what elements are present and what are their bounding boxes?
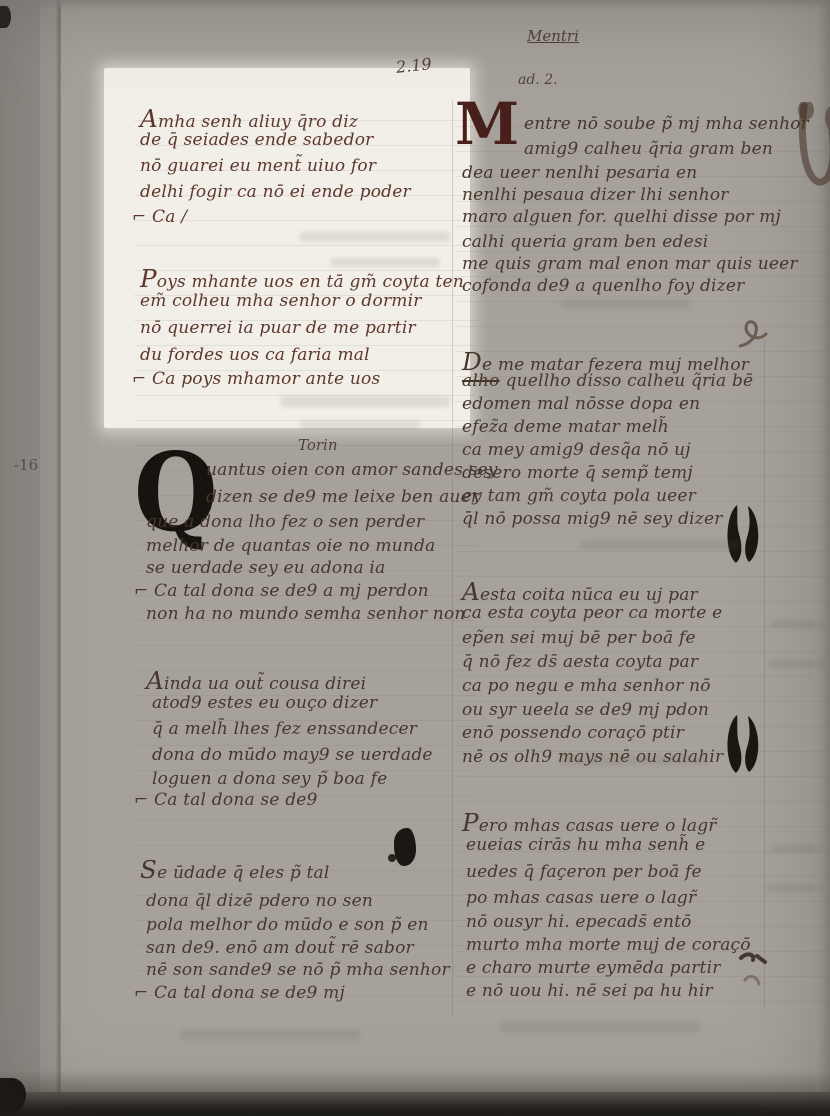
show-through-smudge [560, 756, 710, 765]
verse-line: nē son sande9 se nō p̃ mha senhor [146, 960, 450, 980]
show-through-smudge [300, 232, 450, 242]
show-through-smudge [300, 420, 420, 429]
verse-line: dona q̄l dizē pdero no sen [146, 891, 373, 911]
show-through-smudge [766, 884, 822, 892]
verse-line: enō possendo coraçō ptir [462, 723, 684, 743]
verse-line: ey tam gm̃ coyta pola ueer [462, 486, 696, 506]
verse-line: ca esta coyta peor ca morte e [462, 603, 722, 623]
show-through-smudge [580, 540, 740, 550]
verse-line: q̄ a melh̃ lhes fez enssandecer [152, 719, 417, 739]
verse-line: delhi fogir ca nō ei ende poder [140, 182, 411, 202]
verse-line: uantus oien con amor sandes sey [206, 460, 498, 480]
verse-line: ca mey amig9 desq̃a nō uj [462, 440, 691, 460]
verse-line: Se ūdade q̄ eles p̃ tal [140, 855, 330, 884]
verse-line: melhor de quantas oie no munda [146, 536, 435, 556]
manuscript-photo: 2.19 Mentri ad. 2. -16 Torin Amha senh a… [0, 0, 830, 1116]
verse-line-text: quellho disso calheu q̃ria bē [506, 371, 754, 391]
verse-line: efez̃a deme matar melh̃ [462, 417, 669, 437]
verse-line: du fordes uos ca faria mal [140, 345, 370, 365]
verse-line: em̃ colheu mha senhor o dormir [140, 291, 422, 311]
verse-line: Aesta coita nūca eu uj par [462, 577, 698, 606]
page-top-edge [0, 0, 830, 10]
verse-line: Poys mhante uos en tā gm̃ coyta ten [140, 264, 464, 293]
margin-number: -16 [14, 456, 38, 474]
ruling-vertical [764, 340, 765, 1010]
verse-line: que a dona lho fez o sen perder [146, 512, 424, 532]
page-left-edge [0, 0, 62, 1116]
verse-line-refrain: ⌐ Ca tal dona se de9 mj [134, 983, 345, 1003]
verse-line: e nō uou hi. nē sei pa hu hir [466, 981, 713, 1001]
verse-line: loguen a dona sey p̃ boa fe [152, 769, 387, 789]
verse-line: desero morte q̄ semp̃ temj [462, 463, 693, 483]
column-heading: Torin [298, 436, 338, 454]
verse-line: e charo murte eymēda partir [466, 958, 721, 978]
flourish-u-icon [796, 102, 830, 198]
header-title: Mentri [527, 27, 579, 45]
verse-line: non ha no mundo semha senhor non [146, 604, 466, 624]
pen-stroke-icon [737, 950, 769, 990]
verse-line: eueias cirās hu mha senh̃ e [466, 835, 705, 855]
verse-line: uedes q̄ façeron per boā fe [466, 862, 702, 882]
verse-line: maro alguen for. quelhi disse por mj [462, 207, 781, 227]
show-through-smudge [500, 1022, 700, 1032]
verse-line-refrain: ⌐ Ca / [132, 207, 187, 227]
verse-line: se uerdade sey eu adona ia [146, 558, 385, 578]
verse-line: alhoquellho disso calheu q̃ria bē [462, 371, 753, 391]
show-through-smudge [560, 300, 690, 309]
ink-blot-icon [394, 828, 416, 866]
verse-line: nō guarei eu ment̃ uiuo for [140, 156, 376, 176]
verse-line: me quis gram mal enon mar quis ueer [462, 254, 798, 274]
header-subnote: ad. 2. [518, 72, 558, 88]
verse-line: pola melhor do mūdo e son p̃ en [146, 915, 429, 935]
show-through-smudge [330, 258, 440, 267]
illuminated-initial-m: M [455, 100, 519, 149]
verse-line: dea ueer nenlhi pesaria en [462, 163, 697, 183]
backdrop-band [0, 1092, 830, 1116]
verse-line-refrain: ⌐ Ca tal dona se de9 a mj perdon [134, 581, 429, 601]
verse-line-refrain: ⌐ Ca tal dona se de9 [134, 790, 318, 810]
verse-line: dona do mūdo may9 se uerdade [152, 745, 433, 765]
verse-line: murto mha morte muj de coraçō [466, 935, 751, 955]
paragraph-ornament-icon [720, 503, 766, 565]
show-through-smudge [770, 620, 822, 628]
page-bottom-shadow [0, 1070, 830, 1094]
verse-line: ep̃en sei muj bē per boā fe [462, 628, 696, 648]
show-through-smudge [770, 845, 820, 853]
verse-line: q̄ nō fez ds̄ aesta coyta par [462, 652, 698, 672]
verse-line: po mhas casas uere o lagr̃ [466, 888, 696, 908]
verse-line: Ainda ua out̃ cousa direi [146, 666, 366, 695]
verse-line: dizen se de9 me leixe ben auer [206, 487, 479, 507]
verse-line: atod9 estes eu ouço dizer [152, 693, 377, 713]
verse-line: san de9. enō am dout̃ rē sabor [146, 938, 414, 958]
verse-line-refrain: ⌐ Ca poys mhamor ante uos [132, 369, 380, 389]
verse-line: de q̄ seiades ende sabedor [140, 130, 373, 150]
verse-line: amig9 calheu q̃ria gram ben [524, 139, 773, 159]
verse-line: q̄l nō possa mig9 nē sey dizer [462, 509, 723, 529]
show-through-smudge [180, 1030, 360, 1040]
show-through-smudge [280, 396, 450, 407]
verse-line: Pero mhas casas uere o lagr̃ [462, 808, 717, 837]
verse-line: cofonda de9 a quenlho foy dizer [462, 276, 744, 296]
verse-line: nenlhi pesaua dizer lhi senhor [462, 185, 729, 205]
verse-line: Amha senh aliuy q̄ro diz [140, 104, 358, 133]
struck-word: alho [462, 371, 500, 391]
verse-line: entre nō soube p̃ mj mha senhor [524, 114, 809, 134]
ruling-vertical [452, 100, 453, 1015]
verse-line: ca po negu e mha senhor nō [462, 676, 711, 696]
verse-line: nō querrei ia puar de me partir [140, 318, 416, 338]
show-through-smudge [768, 660, 823, 668]
flourish-curl-icon [736, 316, 770, 352]
paragraph-ornament-icon [720, 713, 766, 775]
verse-line: ou syr ueela se de9 mj pdon [462, 700, 709, 720]
verse-line: nō ousyr hi. epecads̄ entō [466, 912, 692, 932]
verse-line: edomen mal nōsse dopa en [462, 394, 700, 414]
folio-number-note: 2.19 [395, 54, 432, 77]
verse-line: calhi queria gram ben edesi [462, 232, 708, 252]
